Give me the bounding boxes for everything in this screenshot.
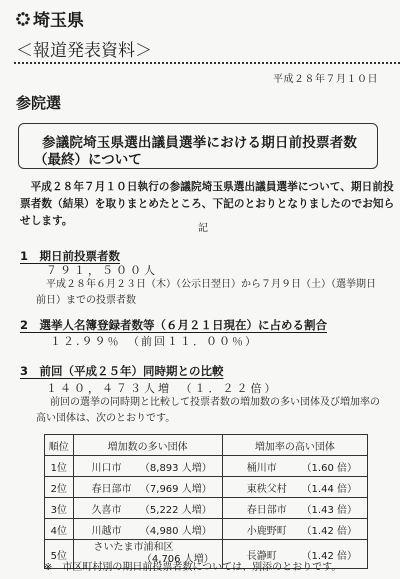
section-3-heading: 3 前回（平成２５年）同時期との比較 [20,363,224,379]
table-row: 2位 春日部市（7,969 人増） 東秩父村（1.44 倍） [45,477,368,498]
rate-name: 桶川市 [247,459,277,474]
rate-value: （1.42 倍） [302,522,357,537]
section-3-note: 前回の選挙の同時期と比較して投票者数の増加数の多い団体及び増加率の [50,395,390,411]
rank-cell: 4位 [45,519,74,540]
org-name: 埼玉県 [33,6,84,31]
table-row: 3位 久喜市（5,222 人増） 春日部市（1.43 倍） [45,498,368,519]
rate-value: （1.60 倍） [302,459,357,474]
rank-cell: 2位 [45,477,74,498]
header-increase-count: 増加数の多い団体 [73,435,222,456]
section-3-note-2: 高い団体は、次のとおりです。 [36,411,175,427]
increase-value: １４０，４７３人増 （１．２２倍） [46,380,279,396]
release-date: 平成２８年７月１０日 [273,70,378,85]
inc-name: 春日部市 [92,480,132,495]
ki-label: 記 [198,219,208,234]
section-1-note-2: 前日）までの投票者数 [36,293,136,309]
table-row: 4位 川越市（4,980 人増） 小鹿野町（1.42 倍） [45,519,368,540]
rank-cell: 3位 [45,498,74,519]
dotted-divider [14,62,400,64]
rate-name: 小鹿野町 [247,522,287,537]
table-header-row: 順位 増加数の多い団体 増加率の高い団体 [45,435,368,456]
header-rank: 順位 [45,435,74,456]
saitama-emblem-icon [16,12,30,26]
inc-value: （7,969 人増） [140,480,212,495]
title-line-2: （最終）について [34,148,142,168]
ranking-table: 順位 増加数の多い団体 増加率の高い団体 1位 川口市（8,893 人増） 桶川… [44,434,368,569]
table-row: 1位 川口市（8,893 人増） 桶川市（1.60 倍） [45,456,368,477]
inc-name: 川越市 [92,522,122,537]
early-voters-count: ７９１，５００人 [46,262,158,278]
rate-name: 東秩父村 [247,480,287,495]
inc-name: さいたま市浦和区 [82,542,214,554]
rate-name: 春日部市 [247,501,287,516]
inc-value: （5,222 人増） [140,501,212,516]
doc-type-label: ＜報道発表資料＞ [16,36,152,61]
section-1-note: 平成２８年６月２３日（木）（公示日翌日）から７月９日（土）（選挙期日 [46,277,386,293]
inc-value: （4,980 人増） [140,522,212,537]
ratio-value: １２.９９％ （前回１１．００％） [50,333,258,349]
inc-name: 久喜市 [92,501,122,516]
inc-name: 川口市 [92,459,122,474]
rate-value: （1.43 倍） [302,501,357,516]
org-header: 埼玉県 [16,6,84,31]
section-2-heading: 2 選挙人名簿登録者数等（６月２１日現在）に占める割合 [20,317,327,333]
header-increase-rate: 増加率の高い団体 [222,435,367,456]
rank-cell: 1位 [45,456,74,477]
section-heading: 参院選 [16,92,61,113]
inc-value: （8,893 人増） [140,459,212,474]
rate-value: （1.44 倍） [302,480,357,495]
footnote: ※ 市区町村別の期日前投票者数については、別添のとおりです。 [44,558,341,573]
